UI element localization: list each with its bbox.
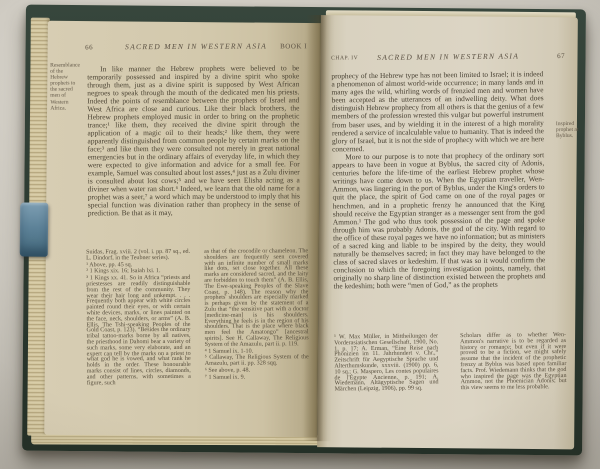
left-page: 66 SACRED MEN IN WESTERN ASIA BOOK I Res… xyxy=(44,21,321,437)
footnote-3: ³ 1 Kings xx. 41. So in Africa “priests … xyxy=(86,276,191,387)
photo-surface: 66 SACRED MEN IN WESTERN ASIA BOOK I Res… xyxy=(0,0,600,469)
right-footnote-column-1: ¹ W. Max Müller, in Mittheilungen der Vo… xyxy=(334,334,439,394)
footnote-7: ⁷ 1 Samuel ix. 9. xyxy=(205,375,309,381)
left-footnote-column-2: as that of the crocodile or chameleon. T… xyxy=(204,249,309,382)
left-footnote-column-1: Suidas, Frag. xviii. 2 (vol. i. pp. 87 s… xyxy=(86,250,191,388)
open-book: 66 SACRED MEN IN WESTERN ASIA BOOK I Res… xyxy=(22,5,586,456)
left-body-text: In like manner the Hebrew prophets were … xyxy=(87,64,300,217)
right-page: CHAP. IV SACRED MEN IN WESTERN ASIA 67 I… xyxy=(317,15,578,449)
footnote-5: ⁵ Callaway, The Religious System of the … xyxy=(205,356,309,368)
left-page-text: 66 SACRED MEN IN WESTERN ASIA BOOK I Res… xyxy=(45,21,320,436)
right-page-number: 67 xyxy=(557,52,565,60)
left-body-paragraph: In like manner the Hebrew prophets were … xyxy=(87,64,300,217)
right-footnote-column-2: Scholars differ as to whether Wen-Ammon'… xyxy=(460,333,567,393)
left-page-number: 66 xyxy=(85,43,93,51)
footnote-1: ¹ W. Max Müller, in Mittheilungen der Vo… xyxy=(334,334,439,393)
left-footnotes: Suidas, Frag. xviii. 2 (vol. i. pp. 87 s… xyxy=(86,249,312,250)
book-label: BOOK I xyxy=(280,42,307,50)
right-footnotes: ¹ W. Max Müller, in Mittheilungen der Vo… xyxy=(334,333,566,335)
footnote-3-continued: as that of the crocodile or chameleon. T… xyxy=(204,249,309,348)
footnote-continuation: Suidas, Frag. xviii. 2 (vol. i. pp. 87 s… xyxy=(86,250,190,262)
right-page-text: CHAP. IV SACRED MEN IN WESTERN ASIA 67 I… xyxy=(317,15,579,450)
chapter-label: CHAP. IV xyxy=(331,55,358,61)
right-margin-note: Inspired prophet at Byblus. xyxy=(556,121,583,140)
blue-page-clip xyxy=(20,203,48,257)
right-body-paragraph-1: prophecy of the Hebrew type has not been… xyxy=(331,70,544,153)
right-running-header: CHAP. IV SACRED MEN IN WESTERN ASIA 67 xyxy=(331,51,565,63)
right-body-paragraph-2: More to our purpose is to note that prop… xyxy=(332,151,545,291)
right-running-title: SACRED MEN IN WESTERN ASIA xyxy=(331,51,565,62)
footnote-6: ⁶ See above, p. 48. xyxy=(205,368,309,374)
left-margin-note: Resemblance of the Hebrew prophets to th… xyxy=(50,62,80,111)
left-running-header: 66 SACRED MEN IN WESTERN ASIA BOOK I xyxy=(85,41,307,52)
left-running-title: SACRED MEN IN WESTERN ASIA xyxy=(85,41,307,51)
right-body-text: prophecy of the Hebrew type has not been… xyxy=(331,70,545,291)
footnote-1-continued: Scholars differ as to whether Wen-Ammon'… xyxy=(460,333,567,392)
